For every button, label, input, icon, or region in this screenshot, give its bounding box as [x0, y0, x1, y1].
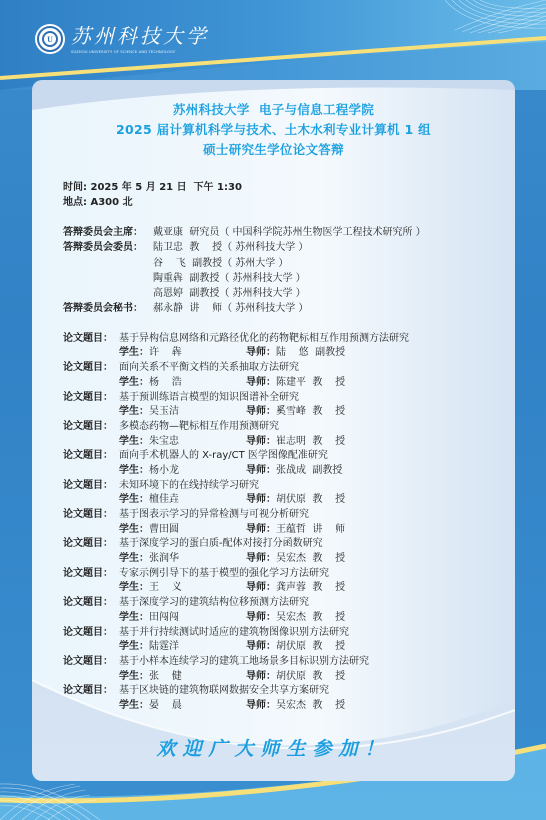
thesis-title-label: 论文题目： — [63, 360, 119, 375]
thesis-item: 论文题目：面向关系不平衡文档的关系抽取方法研究 学生：杨 浩导师：陈建平 教 授 — [63, 360, 503, 389]
thesis-title: 基于图表示学习的异常检测与可视分析研究 — [119, 507, 309, 522]
thesis-item: 论文题目：基于预训练语言模型的知识图谱补全研究 学生：吴玉洁导师：奚雪峰 教 授 — [63, 390, 503, 419]
logo-text: 苏州科技大学 SUZHOU UNIVERSITY OF SCIENCE AND … — [71, 26, 209, 54]
advisor-label: 导师： — [246, 436, 276, 447]
advisor-name: 胡伏原 教 授 — [276, 671, 345, 682]
advisor-name: 陆 悠 副教授 — [276, 347, 345, 358]
advisor-label: 导师： — [246, 671, 276, 682]
committee-role: 答辩委员会秘书： — [63, 301, 153, 316]
student-name: 张润华 — [149, 553, 179, 564]
thesis-title: 专家示例引导下的基于模型的强化学习方法研究 — [119, 566, 329, 581]
thesis-title-label: 论文题目： — [63, 419, 119, 434]
thesis-title-label: 论文题目： — [63, 654, 119, 669]
thesis-item: 论文题目：基于深度学习的建筑结构位移预测方法研究 学生：田闯闯导师：吴宏杰 教 … — [63, 595, 503, 624]
committee-row: 答辩委员会主席： 戴亚康 研究员（ 中国科学院苏州生物医学工程技术研究所 ） — [63, 225, 503, 240]
thesis-title-label: 论文题目： — [63, 507, 119, 522]
advisor-name: 陈建平 教 授 — [276, 377, 345, 388]
title-line-2: 2025 届计算机科学与技术、土木水利专业计算机 1 组 — [32, 120, 515, 140]
advisor-name: 张战成 副教授 — [276, 465, 342, 476]
announcement-body: 时间: 2025 年 5 月 21 日 下午 1:30 地点: A300 北 答… — [63, 180, 503, 713]
title-line-3: 硕士研究生学位论文答辩 — [32, 140, 515, 160]
thesis-title-label: 论文题目： — [63, 331, 119, 346]
advisor-label: 导师： — [246, 582, 276, 593]
advisor-name: 王蕴哲 讲 师 — [276, 524, 345, 535]
announcement-card: 苏州科技大学 电子与信息工程学院 2025 届计算机科学与技术、土木水利专业计算… — [32, 80, 515, 781]
student-name: 许 犇 — [149, 347, 182, 358]
committee-member: 陆卫忠 教 授（ 苏州科技大学 ） — [153, 240, 308, 255]
advisor-label: 导师： — [246, 553, 276, 564]
thesis-title-label: 论文题目： — [63, 595, 119, 610]
advisor-label: 导师： — [246, 347, 276, 358]
thesis-title: 多模态药物—靶标相互作用预测研究 — [119, 419, 279, 434]
committee-row: 高恩婷 副教授（ 苏州科技大学 ） — [63, 286, 503, 301]
student-name: 杨小龙 — [149, 465, 179, 476]
advisor-name: 奚雪峰 教 授 — [276, 406, 345, 417]
advisor-label: 导师： — [246, 524, 276, 535]
defense-place: 地点: A300 北 — [63, 195, 503, 210]
thesis-title-label: 论文题目： — [63, 448, 119, 463]
student-label: 学生： — [119, 494, 149, 505]
advisor-label: 导师： — [246, 494, 276, 505]
thesis-item: 论文题目：基于图表示学习的异常检测与可视分析研究 学生：曹田圆导师：王蕴哲 讲 … — [63, 507, 503, 536]
student-label: 学生： — [119, 553, 149, 564]
committee-row: 陶重犇 副教授（ 苏州科技大学 ） — [63, 271, 503, 286]
committee-row: 谷 飞 副教授（ 苏州大学 ） — [63, 256, 503, 271]
student-label: 学生： — [119, 582, 149, 593]
thesis-title: 面向关系不平衡文档的关系抽取方法研究 — [119, 360, 299, 375]
advisor-label: 导师： — [246, 377, 276, 388]
defense-time: 时间: 2025 年 5 月 21 日 下午 1:30 — [63, 180, 503, 195]
thesis-title: 基于区块链的建筑物联网数据安全共享方案研究 — [119, 683, 329, 698]
student-label: 学生： — [119, 465, 149, 476]
student-name: 晏 晨 — [149, 700, 182, 711]
advisor-label: 导师： — [246, 612, 276, 623]
thesis-item: 论文题目：未知环境下的在线持续学习研究 学生：檀佳垚导师：胡伏原 教 授 — [63, 478, 503, 507]
thesis-item: 论文题目：基于异构信息网络和元路径优化的药物靶标相互作用预测方法研究 学生：许 … — [63, 331, 503, 360]
student-name: 陆霆洋 — [149, 641, 179, 652]
university-name-cn: 苏州科技大学 — [71, 26, 209, 48]
thesis-title: 基于深度学习的建筑结构位移预测方法研究 — [119, 595, 309, 610]
student-label: 学生： — [119, 524, 149, 535]
advisor-name: 吴宏杰 教 授 — [276, 700, 345, 711]
committee-role — [63, 286, 153, 301]
committee-member: 陶重犇 副教授（ 苏州科技大学 ） — [153, 271, 306, 286]
committee-member: 郝永静 讲 师（ 苏州科技大学 ） — [153, 301, 308, 316]
committee-row: 答辩委员会秘书： 郝永静 讲 师（ 苏州科技大学 ） — [63, 301, 503, 316]
university-logo: U 苏州科技大学 SUZHOU UNIVERSITY OF SCIENCE AN… — [37, 26, 209, 54]
thesis-item: 论文题目：基于小样本连续学习的建筑工地场景多目标识别方法研究 学生：张 健导师：… — [63, 654, 503, 683]
university-name-en: SUZHOU UNIVERSITY OF SCIENCE AND TECHNOL… — [71, 50, 209, 54]
student-name: 曹田圆 — [149, 524, 179, 535]
committee-list: 答辩委员会主席： 戴亚康 研究员（ 中国科学院苏州生物医学工程技术研究所 ） 答… — [63, 225, 503, 317]
student-name: 田闯闯 — [149, 612, 179, 623]
thesis-title-label: 论文题目： — [63, 390, 119, 405]
thesis-item: 论文题目：基于深度学习的蛋白质-配体对接打分函数研究 学生：张润华导师：吴宏杰 … — [63, 536, 503, 565]
advisor-label: 导师： — [246, 465, 276, 476]
committee-role — [63, 256, 153, 271]
thesis-title-label: 论文题目： — [63, 478, 119, 493]
student-name: 吴玉洁 — [149, 406, 179, 417]
advisor-label: 导师： — [246, 700, 276, 711]
advisor-name: 吴宏杰 教 授 — [276, 612, 345, 623]
thesis-list: 论文题目：基于异构信息网络和元路径优化的药物靶标相互作用预测方法研究 学生：许 … — [63, 331, 503, 713]
advisor-name: 吴宏杰 教 授 — [276, 553, 345, 564]
thesis-item: 论文题目：面向手术机器人的 X-ray/CT 医学图像配准研究 学生：杨小龙导师… — [63, 448, 503, 477]
university-seal-icon: U — [37, 26, 63, 52]
student-name: 檀佳垚 — [149, 494, 179, 505]
thesis-item: 论文题目：多模态药物—靶标相互作用预测研究 学生：朱宝忠导师：崔志明 教 授 — [63, 419, 503, 448]
advisor-name: 崔志明 教 授 — [276, 436, 345, 447]
committee-role: 答辩委员会主席： — [63, 225, 153, 240]
thesis-item: 论文题目：基于区块链的建筑物联网数据安全共享方案研究 学生：晏 晨导师：吴宏杰 … — [63, 683, 503, 712]
committee-member: 谷 飞 副教授（ 苏州大学 ） — [153, 256, 288, 271]
welcome-message: 欢迎广大师生参加！ — [32, 734, 515, 761]
student-label: 学生： — [119, 406, 149, 417]
thesis-title: 面向手术机器人的 X-ray/CT 医学图像配准研究 — [119, 448, 328, 463]
student-name: 杨 浩 — [149, 377, 182, 388]
committee-member: 戴亚康 研究员（ 中国科学院苏州生物医学工程技术研究所 ） — [153, 225, 426, 240]
thesis-title-label: 论文题目： — [63, 536, 119, 551]
committee-member: 高恩婷 副教授（ 苏州科技大学 ） — [153, 286, 306, 301]
thesis-title: 基于并行持续测试时适应的建筑物图像识别方法研究 — [119, 625, 349, 640]
mesh-pattern-top — [445, 0, 546, 33]
thesis-item: 论文题目：专家示例引导下的基于模型的强化学习方法研究 学生：王 义导师：龚声蓉 … — [63, 566, 503, 595]
student-label: 学生： — [119, 612, 149, 623]
student-name: 王 义 — [149, 582, 182, 593]
student-name: 张 健 — [149, 671, 182, 682]
title-line-1: 苏州科技大学 电子与信息工程学院 — [32, 100, 515, 120]
advisor-label: 导师： — [246, 406, 276, 417]
committee-role — [63, 271, 153, 286]
advisor-name: 龚声蓉 教 授 — [276, 582, 345, 593]
thesis-title: 基于深度学习的蛋白质-配体对接打分函数研究 — [119, 536, 323, 551]
thesis-title: 基于小样本连续学习的建筑工地场景多目标识别方法研究 — [119, 654, 369, 669]
advisor-name: 胡伏原 教 授 — [276, 494, 345, 505]
student-label: 学生： — [119, 641, 149, 652]
student-label: 学生： — [119, 377, 149, 388]
announcement-title: 苏州科技大学 电子与信息工程学院 2025 届计算机科学与技术、土木水利专业计算… — [32, 100, 515, 160]
thesis-title: 基于预训练语言模型的知识图谱补全研究 — [119, 390, 299, 405]
advisor-name: 胡伏原 教 授 — [276, 641, 345, 652]
student-label: 学生： — [119, 347, 149, 358]
thesis-title-label: 论文题目： — [63, 683, 119, 698]
committee-role: 答辩委员会委员： — [63, 240, 153, 255]
thesis-title-label: 论文题目： — [63, 625, 119, 640]
thesis-title: 未知环境下的在线持续学习研究 — [119, 478, 259, 493]
student-name: 朱宝忠 — [149, 436, 179, 447]
student-label: 学生： — [119, 700, 149, 711]
advisor-label: 导师： — [246, 641, 276, 652]
student-label: 学生： — [119, 671, 149, 682]
thesis-title: 基于异构信息网络和元路径优化的药物靶标相互作用预测方法研究 — [119, 331, 409, 346]
thesis-title-label: 论文题目： — [63, 566, 119, 581]
committee-row: 答辩委员会委员： 陆卫忠 教 授（ 苏州科技大学 ） — [63, 240, 503, 255]
student-label: 学生： — [119, 436, 149, 447]
thesis-item: 论文题目：基于并行持续测试时适应的建筑物图像识别方法研究 学生：陆霆洋导师：胡伏… — [63, 625, 503, 654]
